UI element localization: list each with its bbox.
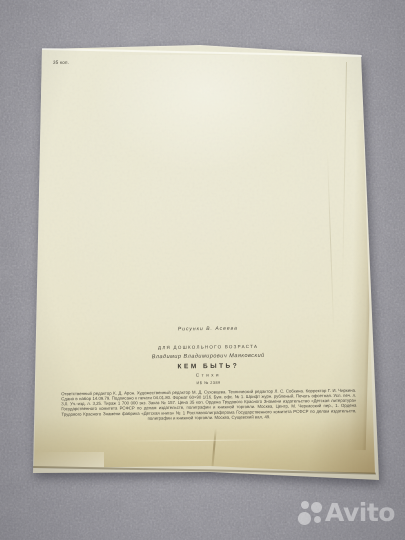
photo-of-book-on-carpet: 35 коп. Рисунки В. Асеева ДЛЯ ДОШКОЛЬНОГ… xyxy=(0,0,405,540)
author-line: Владимир Владимирович Маяковский xyxy=(58,351,358,361)
imprint-block: Рисунки В. Асеева ДЛЯ ДОШКОЛЬНОГО ВОЗРАС… xyxy=(58,324,360,515)
price-label: 35 коп. xyxy=(53,60,113,70)
avito-watermark: Avito xyxy=(293,495,403,537)
book-title: КЕМ БЫТЬ? xyxy=(58,360,358,371)
avito-logo-icon xyxy=(314,516,321,523)
age-category-line: ДЛЯ ДОШКОЛЬНОГО ВОЗРАСТА xyxy=(58,343,358,352)
ib-number-line: ИБ № 2389 xyxy=(59,379,359,387)
avito-logo-icon xyxy=(298,512,311,525)
book-back-cover: 35 коп. Рисунки В. Асеева ДЛЯ ДОШКОЛЬНОГ… xyxy=(0,0,405,540)
colophon-text: Ответственный редактор К. Д. Арон. Худож… xyxy=(61,388,356,422)
subtitle-line: Стихи xyxy=(58,371,358,380)
avito-logo-icon xyxy=(311,502,322,513)
avito-logo-icon xyxy=(301,501,309,509)
avito-watermark-label: Avito xyxy=(325,498,395,527)
